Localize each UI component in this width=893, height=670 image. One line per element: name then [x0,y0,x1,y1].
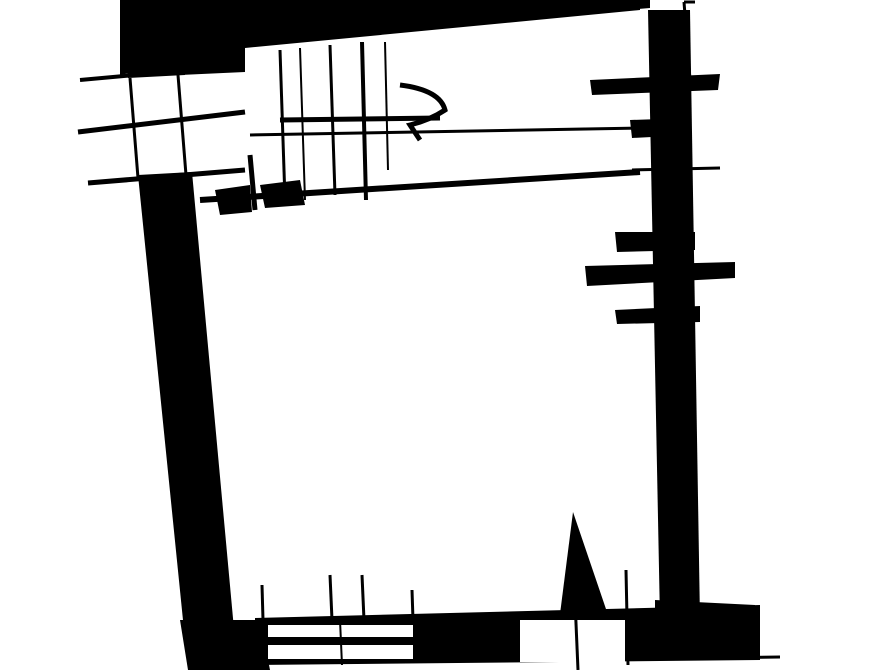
paper-background [0,0,893,670]
abstract-artwork [0,0,893,670]
